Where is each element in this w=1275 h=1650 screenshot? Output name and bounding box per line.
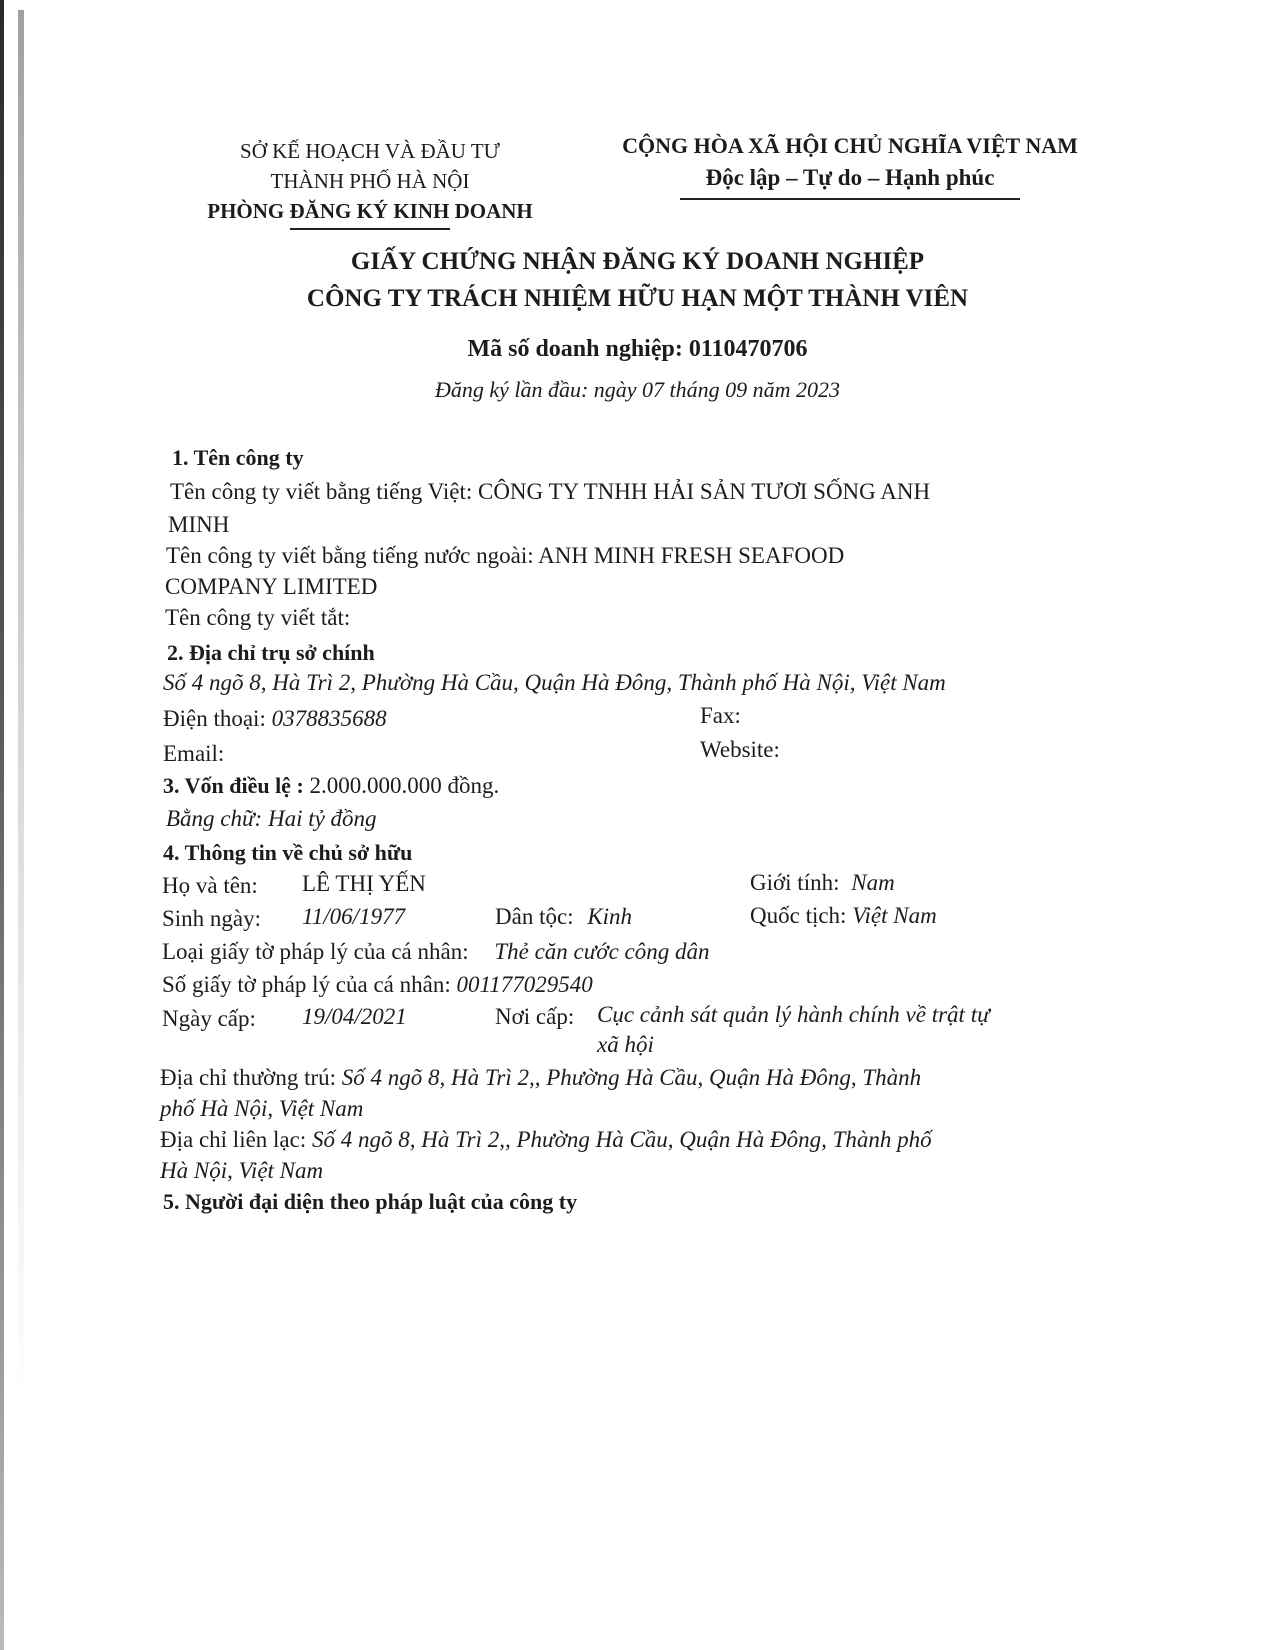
issue-place-label: Nơi cấp: bbox=[495, 1004, 574, 1030]
dob-label: Sinh ngày: bbox=[162, 906, 261, 932]
section-2-heading: 2. Địa chỉ trụ sở chính bbox=[167, 640, 375, 666]
id-type-value: Thẻ căn cước công dân bbox=[494, 939, 709, 964]
id-type-label: Loại giấy tờ pháp lý của cá nhân: bbox=[162, 939, 469, 964]
id-number-value: 001177029540 bbox=[456, 972, 592, 997]
section-3-heading: 3. Vốn điều lệ : bbox=[163, 773, 304, 798]
gender-value: Nam bbox=[851, 870, 894, 895]
contact-address-label: Địa chỉ liên lạc: bbox=[160, 1127, 306, 1152]
id-number-row: Số giấy tờ pháp lý của cá nhân: 00117702… bbox=[162, 972, 593, 998]
authority-line-2: THÀNH PHỐ HÀ NỘI bbox=[175, 166, 565, 196]
owner-name-label: Họ và tên: bbox=[162, 873, 258, 899]
phone-row: Điện thoại: 0378835688 bbox=[163, 706, 387, 732]
country-name: CỘNG HÒA XÃ HỘI CHỦ NGHĨA VIỆT NAM bbox=[600, 130, 1100, 162]
dob-value: 11/06/1977 bbox=[302, 904, 405, 930]
issue-place-value-cont: xã hội bbox=[597, 1032, 654, 1058]
section-5-heading: 5. Người đại diện theo pháp luật của côn… bbox=[163, 1189, 577, 1215]
phone-value: 0378835688 bbox=[272, 706, 387, 731]
company-type-title: CÔNG TY TRÁCH NHIỆM HỮU HẠN MỘT THÀNH VI… bbox=[0, 285, 1275, 313]
scan-edge-shadow-inner bbox=[18, 10, 24, 1410]
permanent-address-row: Địa chỉ thường trú: Số 4 ngõ 8, Hà Trì 2… bbox=[160, 1065, 921, 1091]
permanent-address-cont: phố Hà Nội, Việt Nam bbox=[160, 1096, 363, 1122]
contact-address-cont: Hà Nội, Việt Nam bbox=[160, 1158, 323, 1184]
ethnicity-row: Dân tộc: Kinh bbox=[495, 904, 632, 930]
issuing-authority-block: SỞ KẾ HOẠCH VÀ ĐẦU TƯ THÀNH PHỐ HÀ NỘI P… bbox=[175, 136, 565, 230]
issue-place-value: Cục cảnh sát quản lý hành chính về trật … bbox=[597, 1002, 990, 1028]
phone-label: Điện thoại: bbox=[163, 706, 266, 731]
head-office-address: Số 4 ngõ 8, Hà Trì 2, Phường Hà Cầu, Quậ… bbox=[163, 670, 946, 696]
ethnicity-value: Kinh bbox=[587, 904, 632, 929]
nationality-label: Quốc tịch: bbox=[750, 903, 846, 928]
owner-name-value: LÊ THỊ YẾN bbox=[302, 871, 426, 897]
gender-row: Giới tính: Nam bbox=[750, 870, 895, 896]
charter-capital-row: 3. Vốn điều lệ : 2.000.000.000 đồng. bbox=[163, 773, 499, 799]
fax-label: Fax: bbox=[700, 703, 741, 729]
nationality-row: Quốc tịch: Việt Nam bbox=[750, 903, 937, 929]
vn-name-value-cont: MINH bbox=[168, 512, 229, 538]
document-title: GIẤY CHỨNG NHẬN ĐĂNG KÝ DOANH NGHIỆP bbox=[0, 248, 1275, 276]
contact-address-value: Số 4 ngõ 8, Hà Trì 2,, Phường Hà Cầu, Qu… bbox=[312, 1127, 932, 1152]
section-1-heading: 1. Tên công ty bbox=[172, 445, 304, 471]
issue-date-value: 19/04/2021 bbox=[302, 1004, 407, 1030]
authority-line-3: PHÒNG ĐĂNG KÝ KINH DOANH bbox=[175, 196, 565, 226]
national-motto-block: CỘNG HÒA XÃ HỘI CHỦ NGHĨA VIỆT NAM Độc l… bbox=[600, 130, 1100, 200]
permanent-address-value: Số 4 ngõ 8, Hà Trì 2,, Phường Hà Cầu, Qu… bbox=[342, 1065, 921, 1090]
contact-address-row: Địa chỉ liên lạc: Số 4 ngõ 8, Hà Trì 2,,… bbox=[160, 1127, 932, 1153]
foreign-name-label: Tên công ty viết bằng tiếng nước ngoài: bbox=[166, 543, 534, 568]
email-label: Email: bbox=[163, 741, 224, 767]
short-name-label: Tên công ty viết tắt: bbox=[165, 605, 350, 631]
national-motto: Độc lập – Tự do – Hạnh phúc bbox=[600, 162, 1100, 194]
nationality-value: Việt Nam bbox=[852, 903, 937, 928]
id-number-label: Số giấy tờ pháp lý của cá nhân: bbox=[162, 972, 451, 997]
gender-label: Giới tính: bbox=[750, 870, 839, 895]
website-label: Website: bbox=[700, 737, 780, 763]
issue-date-label: Ngày cấp: bbox=[162, 1006, 256, 1032]
foreign-name-value: ANH MINH FRESH SEAFOOD bbox=[538, 543, 844, 568]
charter-capital-value: 2.000.000.000 đồng. bbox=[310, 773, 500, 798]
foreign-name-value-cont: COMPANY LIMITED bbox=[165, 574, 377, 600]
vn-name-label: Tên công ty viết bằng tiếng Việt: bbox=[170, 479, 472, 504]
authority-line-1: SỞ KẾ HOẠCH VÀ ĐẦU TƯ bbox=[175, 136, 565, 166]
ethnicity-label: Dân tộc: bbox=[495, 904, 574, 929]
motto-underline bbox=[680, 198, 1020, 200]
foreign-name-row: Tên công ty viết bằng tiếng nước ngoài: … bbox=[166, 543, 844, 569]
authority-underline bbox=[290, 228, 450, 230]
first-registration-date: Đăng ký lần đầu: ngày 07 tháng 09 năm 20… bbox=[0, 377, 1275, 403]
id-type-row: Loại giấy tờ pháp lý của cá nhân: Thẻ că… bbox=[162, 939, 710, 965]
capital-in-words: Bằng chữ: Hai tỷ đồng bbox=[166, 806, 377, 832]
vn-name-value: CÔNG TY TNHH HẢI SẢN TƯƠI SỐNG ANH bbox=[478, 479, 930, 504]
enterprise-code: Mã số doanh nghiệp: 0110470706 bbox=[0, 336, 1275, 363]
vn-name-row: Tên công ty viết bằng tiếng Việt: CÔNG T… bbox=[170, 479, 930, 505]
section-4-heading: 4. Thông tin về chủ sở hữu bbox=[163, 840, 412, 866]
permanent-address-label: Địa chỉ thường trú: bbox=[160, 1065, 336, 1090]
